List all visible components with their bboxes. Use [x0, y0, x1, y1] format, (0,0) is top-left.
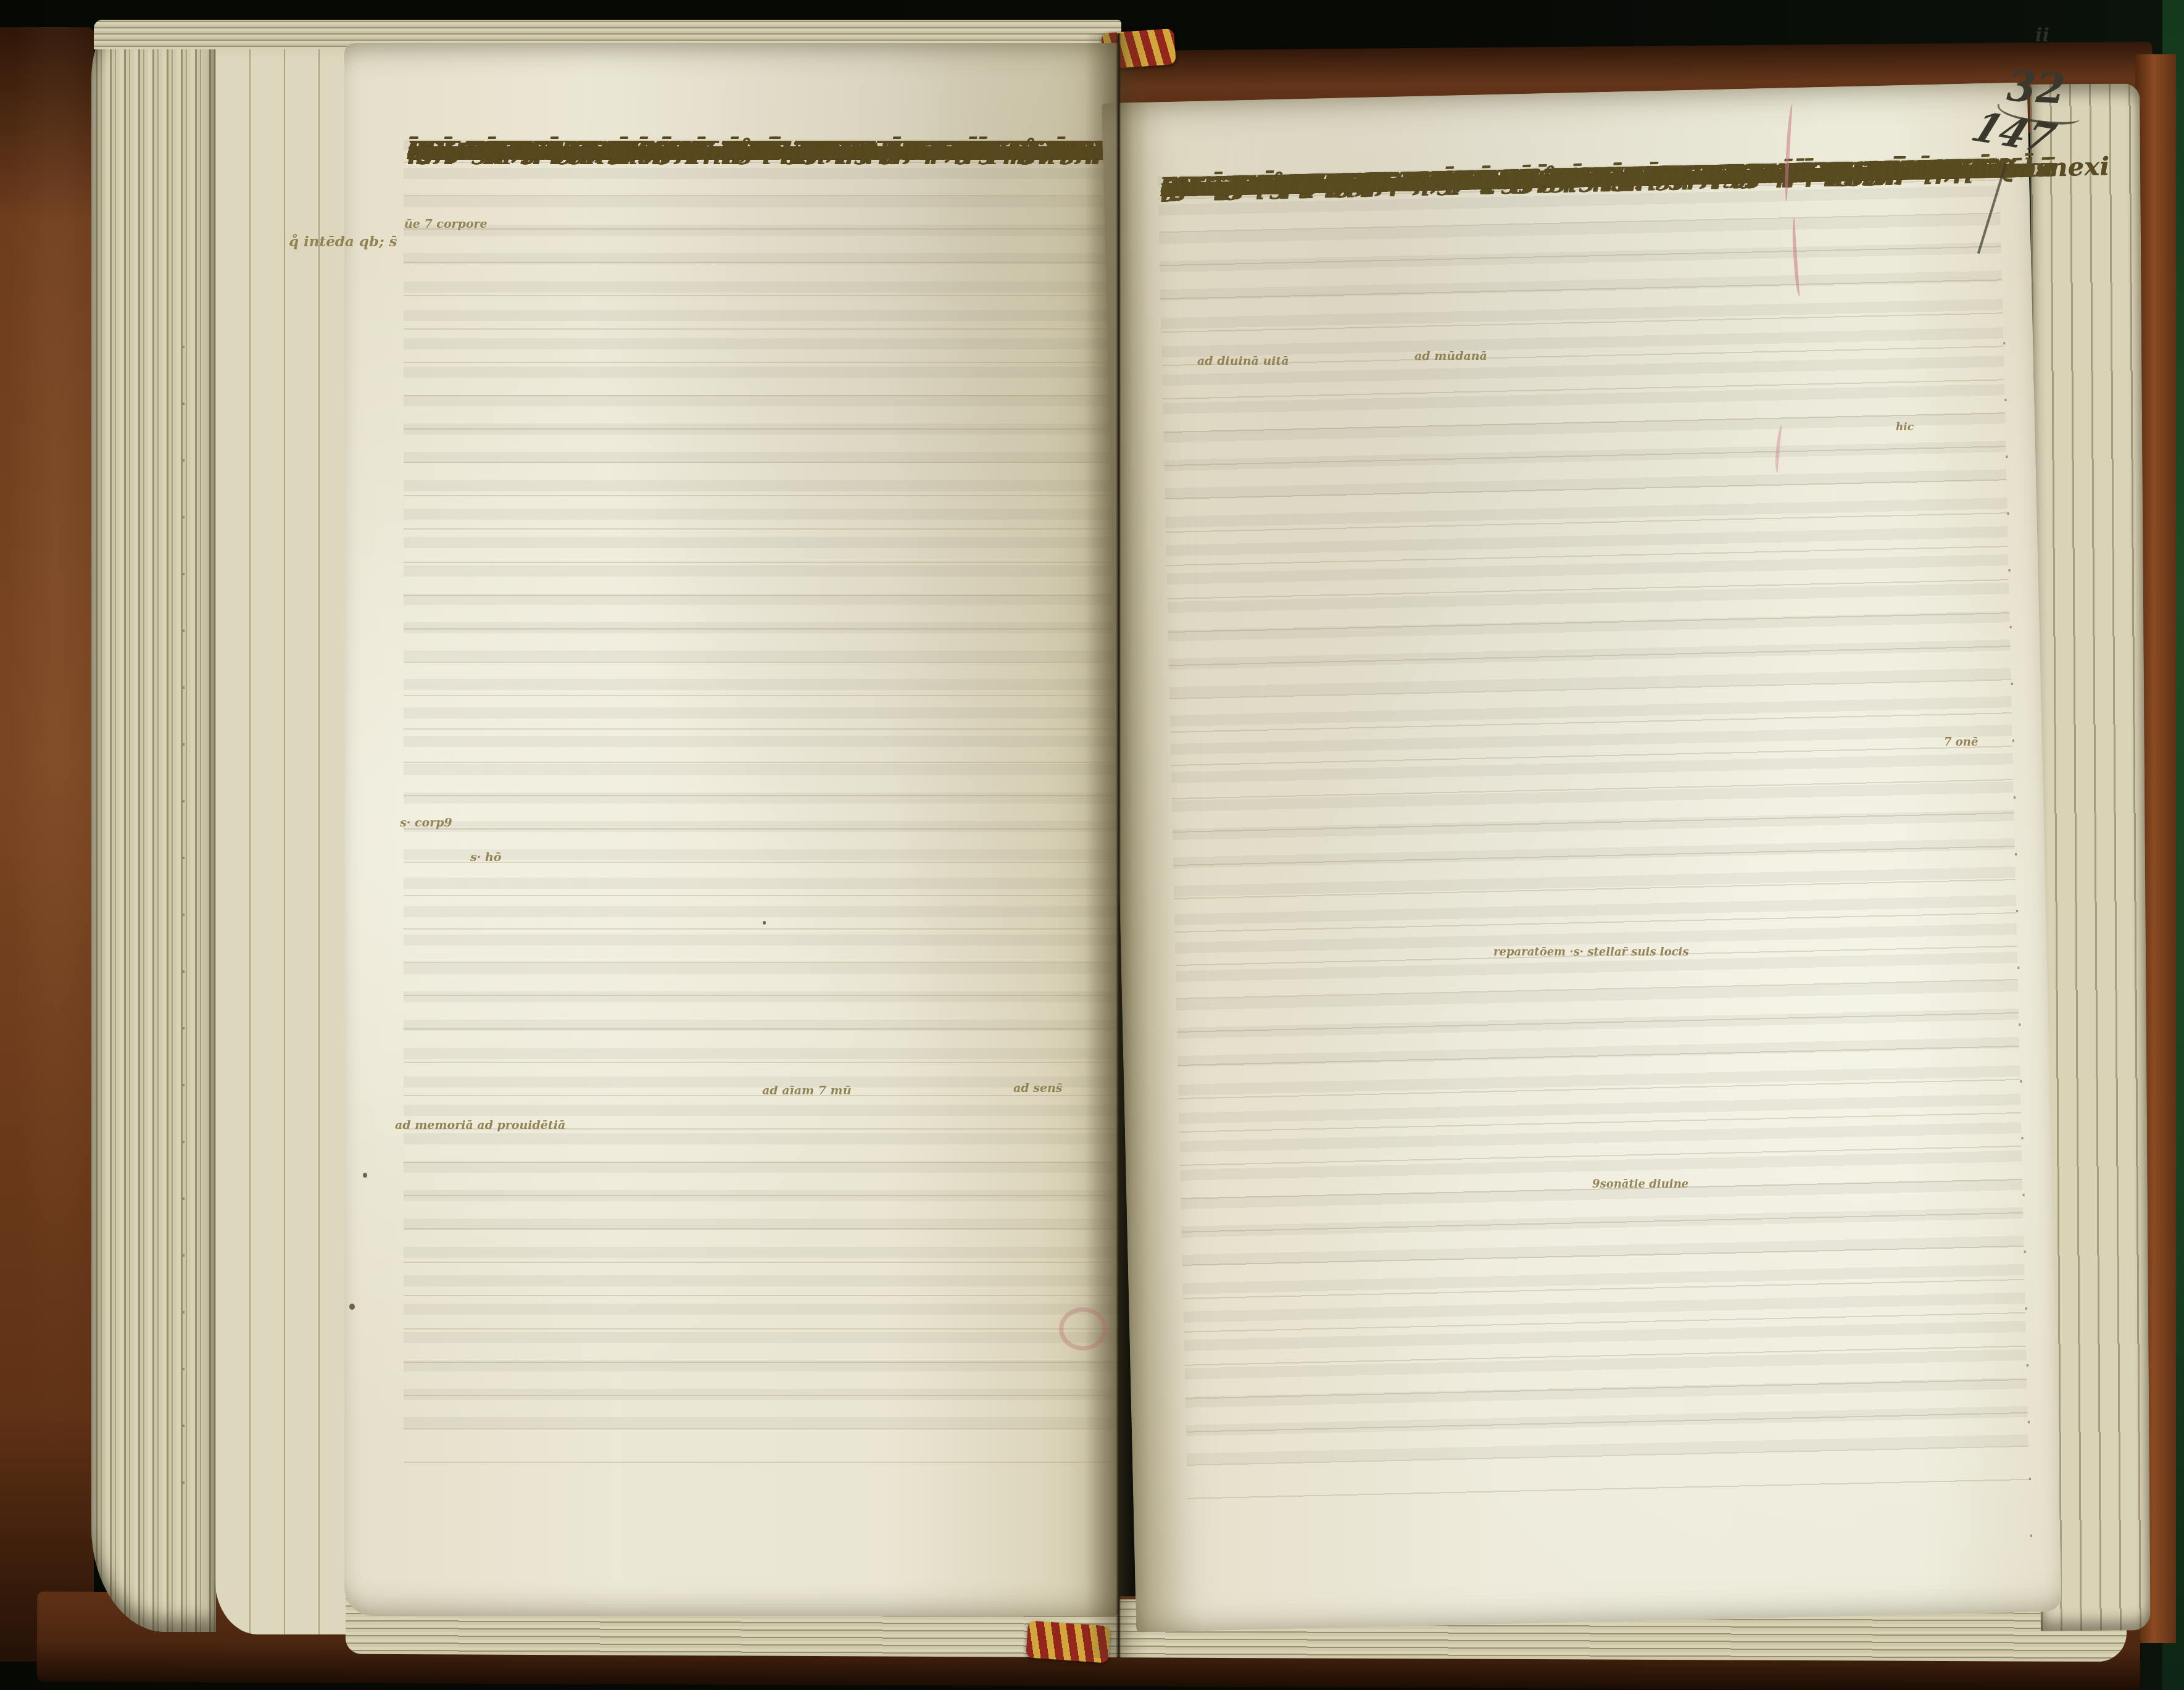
- interlinear-gloss: reparatōem ·s· stellar̄ suis locis: [1493, 946, 1689, 959]
- interlinear-gloss: ad sens̄: [1013, 1081, 1063, 1095]
- top-edge-mark: ii: [2035, 25, 2049, 46]
- interlinear-gloss: 9sonātie diuine: [1592, 1178, 1688, 1191]
- interlinear-gloss: ad mūdanā: [1414, 349, 1487, 363]
- interlinear-gloss: s· hō: [470, 851, 501, 864]
- parchment-speck: [1543, 185, 1546, 188]
- interlinear-gloss: 7 onē: [1944, 736, 1978, 749]
- red-ink-stain: [1059, 1307, 1107, 1351]
- annotation-layer: q̊ intēda qb; s̄ūe 7 corpores· corp9s· h…: [0, 0, 2184, 1690]
- interlinear-gloss: ad aīam 7 mū: [762, 1084, 852, 1097]
- manuscript-photo: sue effic̄ 7ut ipse sit 7mund9 ornamēto …: [0, 0, 2184, 1690]
- margin-note: q̊ intēda qb; s̄: [289, 233, 397, 250]
- parchment-speck: [349, 1304, 355, 1310]
- interlinear-gloss: s· corp9: [400, 816, 452, 830]
- interlinear-gloss: ūe 7 corpore: [404, 217, 488, 231]
- parchment-speck: [763, 921, 766, 925]
- interlinear-gloss: ad diuinā uitā: [1197, 354, 1289, 368]
- interlinear-gloss: hic: [1896, 421, 1914, 433]
- interlinear-gloss: ad memoriā ad prouidētiā: [395, 1118, 565, 1132]
- parchment-speck: [363, 1173, 367, 1178]
